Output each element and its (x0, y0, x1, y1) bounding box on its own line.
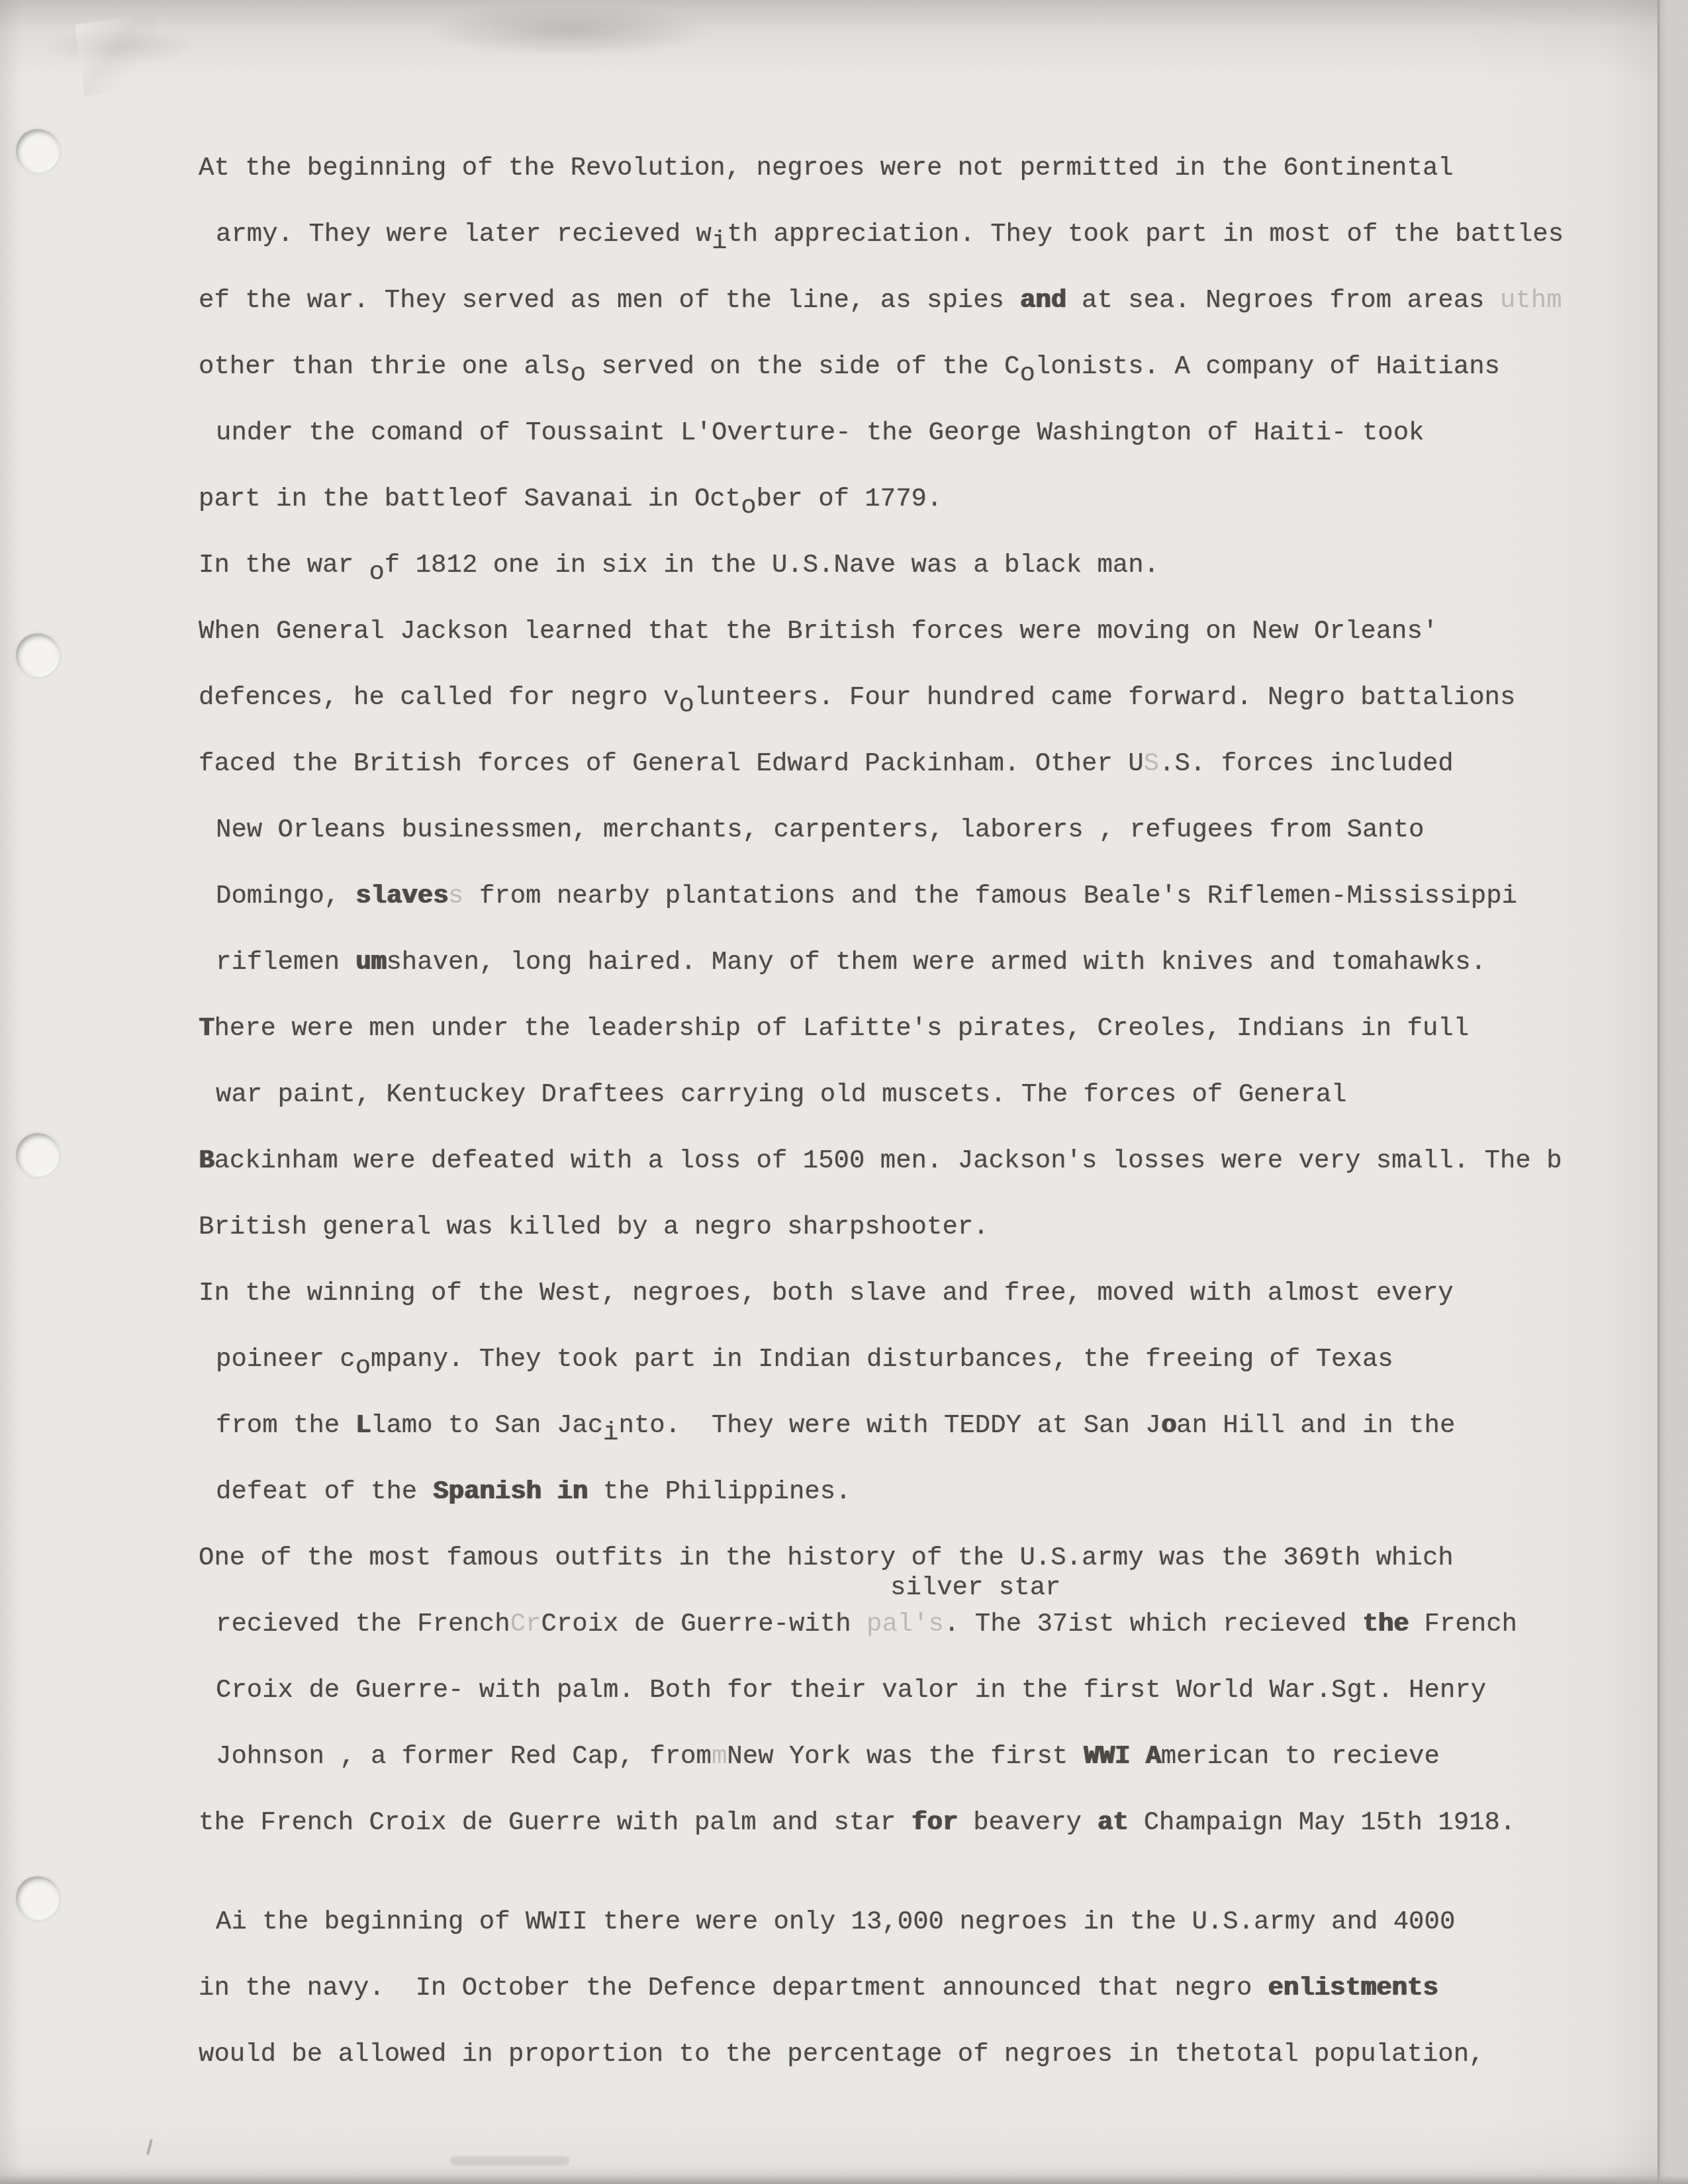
text-segment: T (199, 1014, 214, 1043)
text-segment: th appreciation. They took part in most … (727, 220, 1564, 249)
text-line: Croix de Guerre- with palm. Both for the… (199, 1657, 1628, 1723)
text-segment: m (712, 1742, 727, 1771)
hole-punch (16, 1133, 60, 1177)
text-segment: o (355, 1352, 371, 1381)
text-line: Backinham were defeated with a loss of 1… (199, 1128, 1628, 1194)
scan-edge-shadow (0, 2175, 1688, 2184)
text-line: silver starrecieved the FrenchCrCroix de… (199, 1591, 1628, 1657)
text-segment: part in the battleof Savanai in Oct (199, 484, 741, 514)
text-line: in the navy. In October the Defence depa… (199, 1955, 1628, 2021)
text-line: other than thrie one also served on the … (199, 334, 1628, 400)
text-line: ef the war. They served as men of the li… (199, 267, 1628, 334)
text-segment: defeat of the (216, 1477, 433, 1506)
hole-punch (16, 129, 60, 173)
text-segment: f 1812 one in six in the U.S.Nave was a … (385, 551, 1159, 580)
text-segment: shaven, long haired. Many of them were a… (386, 948, 1486, 977)
text-segment: One of the most famous outfits in the hi… (199, 1543, 1454, 1572)
text-segment: recieved the French (216, 1610, 510, 1639)
text-segment: ackinham were defeated with a loss of 15… (214, 1146, 1562, 1175)
text-segment: uthm (1500, 286, 1562, 315)
text-segment: war paint, Kentuckey Draftees carrying o… (216, 1080, 1346, 1109)
text-segment: other than thrie one als (199, 352, 571, 381)
text-segment: French (1409, 1610, 1517, 1639)
scan-artifact (75, 13, 164, 97)
text-line: Ai the beginning of WWII there were only… (199, 1889, 1628, 1955)
text-segment: When General Jackson learned that the Br… (199, 617, 1438, 646)
text-line: war paint, Kentuckey Draftees carrying o… (199, 1062, 1628, 1128)
text-segment: British general was killed by a negro sh… (199, 1212, 989, 1242)
text-line: would be allowed in proportion to the pe… (199, 2021, 1628, 2087)
text-line: part in the battleof Savanai in October … (199, 466, 1628, 532)
text-line: poineer company. They took part in India… (199, 1326, 1628, 1392)
text-segment: ef the war. They served as men of the li… (199, 286, 1019, 315)
text-segment: under the comand of Toussaint L'Overture… (216, 418, 1425, 447)
text-segment: In the war (199, 551, 369, 580)
text-segment: pal's (867, 1610, 944, 1639)
text-line: faced the British forces of General Edwa… (199, 731, 1628, 797)
text-line: In the winning of the West, negroes, bot… (199, 1260, 1628, 1326)
text-segment: lamo to San Jac (371, 1411, 603, 1440)
text-line: army. They were later recieved with appr… (199, 201, 1628, 267)
text-segment: New Orleans businessmen, merchants, carp… (216, 815, 1425, 844)
text-line: the French Croix de Guerre with palm and… (199, 1790, 1628, 1856)
text-segment: here were men under the leadership of La… (214, 1014, 1469, 1043)
text-segment: the (1362, 1610, 1409, 1639)
text-segment: for (912, 1808, 958, 1837)
text-segment: Cr (510, 1610, 541, 1639)
text-segment: at (1097, 1808, 1128, 1837)
text-segment: poineer c (216, 1345, 355, 1374)
text-segment: from the (216, 1411, 355, 1440)
text-segment: o (679, 690, 694, 719)
text-line: There were men under the leadership of L… (199, 995, 1628, 1062)
text-line: British general was killed by a negro sh… (199, 1194, 1628, 1260)
text-line: When General Jackson learned that the Br… (199, 598, 1628, 664)
text-segment: beavery (958, 1808, 1098, 1837)
text-segment: in the navy. In October the Defence depa… (199, 1974, 1268, 2003)
text-segment: o (571, 359, 586, 388)
text-segment: ber of 1779. (757, 484, 943, 514)
text-segment: mpany. They took part in Indian disturba… (371, 1345, 1393, 1374)
text-segment: the Philippines. (588, 1477, 851, 1506)
text-segment: WWI A (1084, 1742, 1161, 1771)
text-segment: served on the side of the C (586, 352, 1019, 381)
text-line: under the comand of Toussaint L'Overture… (199, 400, 1628, 466)
text-segment: i (603, 1418, 618, 1447)
text-line: At the beginning of the Revolution, negr… (199, 135, 1628, 201)
text-line: Domingo, slavess from nearby plantations… (199, 863, 1628, 929)
text-segment: would be allowed in proportion to the pe… (199, 2040, 1485, 2069)
paper-edge-shadow (1658, 0, 1688, 2184)
text-segment: o (1161, 1411, 1176, 1440)
text-segment: Johnson , a former Red Cap, from (216, 1742, 712, 1771)
text-segment: lunteers. Four hundred came forward. Neg… (694, 683, 1515, 712)
text-line: riflemen umshaven, long haired. Many of … (199, 929, 1628, 995)
text-segment: .S. forces included (1159, 749, 1454, 778)
text-segment: New York was the first (727, 1742, 1083, 1771)
text-line: defences, he called for negro volunteers… (199, 664, 1628, 731)
text-segment: Croix de Guerre- with palm. Both for the… (216, 1676, 1486, 1705)
text-segment: at sea. Negroes from areas (1066, 286, 1500, 315)
text-segment: o (1019, 359, 1035, 388)
text-segment: Ai the beginning of WWII there were only… (216, 1907, 1455, 1936)
text-line: Johnson , a former Red Cap, frommNew Yor… (199, 1723, 1628, 1790)
text-segment: lonists. A company of Haitians (1035, 352, 1500, 381)
text-line: New Orleans businessmen, merchants, carp… (199, 797, 1628, 863)
text-segment: faced the British forces of General Edwa… (199, 749, 1144, 778)
text-line: from the Llamo to San Jacinto. They were… (199, 1392, 1628, 1459)
hole-punch (16, 1876, 60, 1920)
text-segment: o (741, 492, 756, 521)
text-segment: nto. They were with TEDDY at San J (619, 1411, 1161, 1440)
text-segment: slaves (355, 882, 448, 911)
text-segment: S (1144, 749, 1159, 778)
text-segment: army. They were later recieved w (216, 220, 712, 249)
text-segment: enlistments (1268, 1974, 1438, 2003)
text-segment: Champaign May 15th 1918. (1128, 1808, 1515, 1837)
text-line: defeat of the Spanish in the Philippines… (199, 1459, 1628, 1525)
text-segment: the French Croix de Guerre with palm and… (199, 1808, 912, 1837)
text-segment: an Hill and in the (1176, 1411, 1455, 1440)
text-segment: defences, he called for negro v (199, 683, 679, 712)
scanned-page: { "page": { "kind": "typewritten-documen… (0, 0, 1688, 2184)
text-segment: Spanish in (433, 1477, 588, 1506)
scan-artifact (450, 2156, 569, 2165)
text-segment: In the winning of the West, negroes, bot… (199, 1279, 1454, 1308)
text-segment: from nearby plantations and the famous B… (463, 882, 1517, 911)
text-segment: L (355, 1411, 371, 1440)
text-segment: o (369, 558, 384, 587)
text-segment: s (448, 882, 463, 911)
text-segment: . The 37ist which recieved (944, 1610, 1362, 1639)
hole-punch (16, 633, 60, 677)
typewritten-text: At the beginning of the Revolution, negr… (199, 135, 1628, 2087)
text-segment: B (199, 1146, 214, 1175)
interline-insertion: silver star (890, 1573, 1060, 1602)
text-segment: and (1019, 286, 1066, 315)
text-segment: merican to recieve (1161, 1742, 1440, 1771)
text-segment: Domingo, (216, 882, 355, 911)
text-segment: At the beginning of the Revolution, negr… (199, 154, 1454, 183)
text-segment: riflemen (216, 948, 355, 977)
text-segment: um (355, 948, 387, 977)
text-line: In the war of 1812 one in six in the U.S… (199, 532, 1628, 598)
text-segment: i (712, 227, 727, 256)
text-segment: Croix de Guerre-with (541, 1610, 867, 1639)
